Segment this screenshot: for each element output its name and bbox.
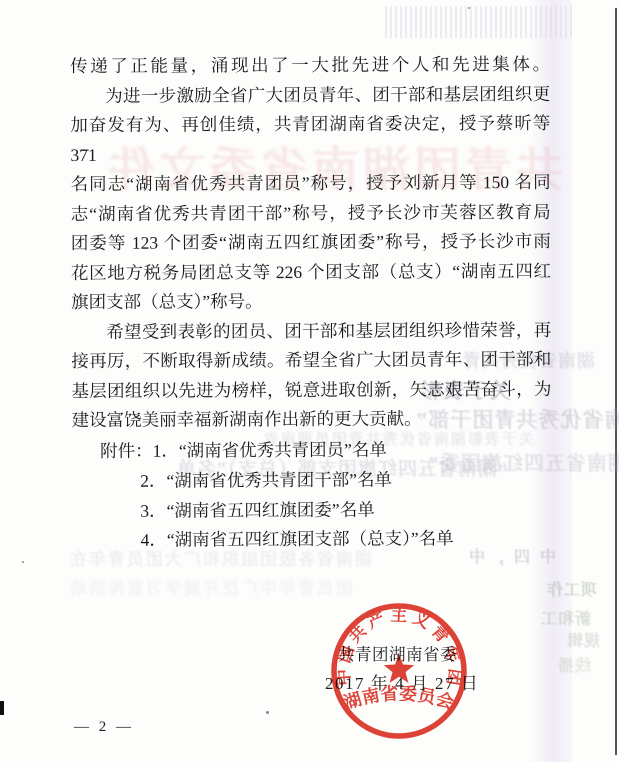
scan-speck — [266, 711, 269, 714]
body-line: 名同志“湖南省优秀共青团员”称号，授予刘新月等 150 名同 — [71, 168, 551, 200]
bleedthrough-text: 团员青年中广泛开展学习宣传活动 — [68, 574, 353, 599]
body-line: 为进一步激励全省广大团员青年、团干部和基层团组织更 — [70, 79, 550, 111]
body-line: 旗团支部（总支）”称号。 — [71, 286, 551, 318]
body-line: 建设富饶美丽幸福新湖南作出新的更大贡献。 — [72, 404, 552, 436]
official-seal: 中国共产主义青年团 湖南省委员会 — [319, 591, 479, 751]
attachment-list: 附件：1．“湖南省优秀共青团员”名单2．“湖南省优秀共青团干部”名单3．“湖南省… — [100, 435, 454, 556]
attachment-line: 附件：1．“湖南省优秀共青团员”名单 — [100, 435, 453, 467]
body-line: 希望受到表彰的团员、团干部和基层团组织珍惜荣誉，再 — [71, 315, 551, 347]
body-line: 花区地方税务局团总支等 226 个团支部（总支）“湖南五四红 — [71, 256, 551, 288]
bleedthrough-text: “湖南省五四红旗团委” — [428, 447, 619, 476]
body-line: 加奋发有为、再创佳绩，共青团湖南省委决定，授予蔡昕等 371 — [70, 109, 550, 170]
body-text: 传递了正能量，涌现出了一大批先进个人和先进集体。为进一步激励全省广大团员青年、团… — [70, 50, 552, 436]
scan-edge-line-right — [615, 8, 617, 755]
body-line: 基层团组织以先进为榜样，锐意进取创新，矢志艰苦奋斗，为 — [71, 374, 551, 406]
seal-inner-text: 湖南省委员会 — [341, 683, 456, 713]
seal-outer-text: 中国共产主义青年团 — [332, 605, 465, 691]
attachment-line: 2．“湖南省优秀共青团干部”名单 — [140, 465, 453, 496]
svg-text:中国共产主义青年团: 中国共产主义青年团 — [332, 605, 465, 691]
body-line: 团委等 123 个团委“湖南五四红旗团委”称号，授予长沙市雨 — [71, 227, 551, 259]
body-line: 志“湖南省优秀共青团干部”称号，授予长沙市芙蓉区教育局 — [71, 197, 551, 229]
attachment-line: 4．“湖南省五四红旗团支部（总支）”名单 — [140, 525, 453, 556]
attachment-line: 3．“湖南省五四红旗团委”名单 — [140, 495, 453, 526]
scan-corner-mark — [0, 701, 4, 715]
body-line: 接再厉，不断取得新成绩。希望全省广大团员青年、团干部和 — [71, 345, 551, 377]
page-number: — 2 — — [74, 719, 134, 736]
svg-text:湖南省委员会: 湖南省委员会 — [341, 683, 456, 713]
seal-star-icon — [384, 654, 414, 683]
scan-speck — [468, 7, 470, 9]
body-line: 传递了正能量，涌现出了一大批先进个人和先进集体。 — [70, 50, 550, 82]
scanned-document-page: 共青团湖南省委文件湖南省优秀共青关于表彰“湖南省优秀共青团干部”关于表彰湖南省优… — [0, 0, 619, 762]
scan-speck — [22, 561, 24, 563]
